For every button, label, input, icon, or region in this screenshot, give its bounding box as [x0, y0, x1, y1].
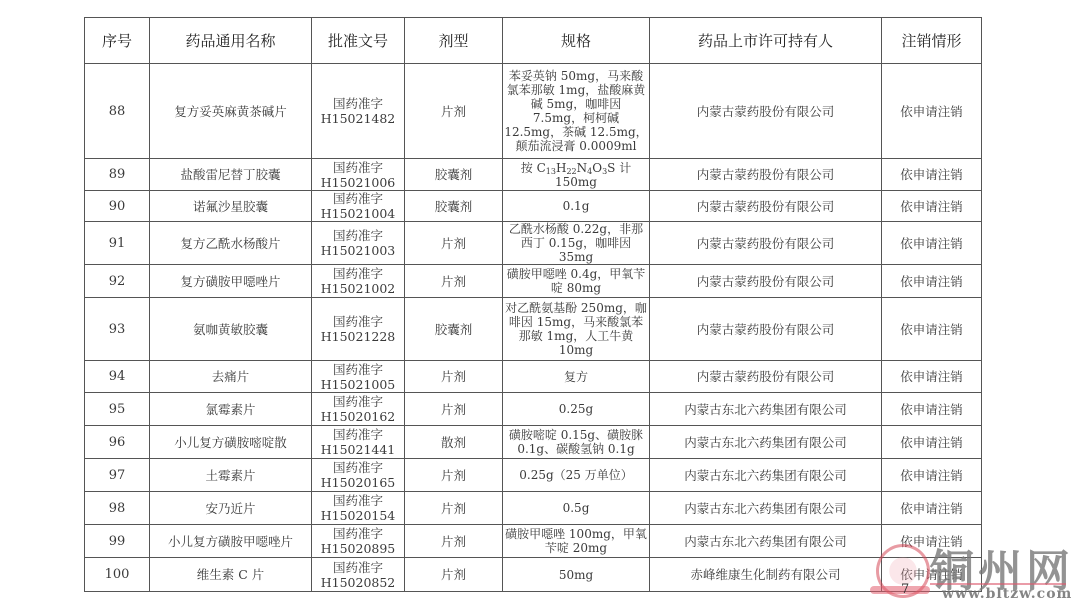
cell-specification: 0.1g: [503, 191, 650, 222]
cell-license-holder: 内蒙古蒙药股份有限公司: [650, 222, 882, 265]
cell-cancellation-status: 依申请注销: [882, 298, 982, 361]
cell-drug-name: 土霉素片: [150, 459, 312, 492]
cell-serial-number: 98: [85, 492, 150, 525]
approval-prefix: 国药准字: [314, 362, 402, 377]
cell-approval-number: 国药准字H15020162: [312, 393, 405, 426]
approval-code: H15021228: [314, 329, 402, 344]
cell-dosage-form: 片剂: [405, 222, 503, 265]
cell-approval-number: 国药准字H15020895: [312, 525, 405, 558]
table-row: 94去痛片国药准字H15021005片剂复方内蒙古蒙药股份有限公司依申请注销: [85, 361, 982, 393]
cell-license-holder: 内蒙古东北六药集团有限公司: [650, 426, 882, 459]
header-specification: 规格: [503, 18, 650, 64]
table-header-row: 序号 药品通用名称 批准文号 剂型 规格 药品上市许可持有人 注销情形: [85, 18, 982, 64]
cell-cancellation-status: 依申请注销: [882, 64, 982, 159]
table-row: 100维生素 C 片国药准字H15020852片剂50mg赤峰维康生化制药有限公…: [85, 558, 982, 592]
watermark-swoosh-icon: [870, 586, 930, 594]
cell-drug-name: 复方妥英麻黄茶碱片: [150, 64, 312, 159]
cell-dosage-form: 片剂: [405, 265, 503, 298]
header-cancellation-status: 注销情形: [882, 18, 982, 64]
watermark-url: www.bltzw.com: [942, 586, 1072, 602]
cell-cancellation-status: 依申请注销: [882, 265, 982, 298]
table-row: 90诺氟沙星胶囊国药准字H15021004胶囊剂0.1g内蒙古蒙药股份有限公司依…: [85, 191, 982, 222]
approval-code: H15021004: [314, 206, 402, 221]
cell-cancellation-status: 依申请注销: [882, 222, 982, 265]
cell-cancellation-status: 依申请注销: [882, 191, 982, 222]
approval-prefix: 国药准字: [314, 460, 402, 475]
spec-formula: 按 C13H22N4O3S 计: [504, 161, 648, 175]
cell-drug-name: 安乃近片: [150, 492, 312, 525]
cell-dosage-form: 胶囊剂: [405, 298, 503, 361]
cell-specification: 50mg: [503, 558, 650, 592]
approval-code: H15021441: [314, 442, 402, 457]
cell-license-holder: 内蒙古蒙药股份有限公司: [650, 159, 882, 191]
cell-drug-name: 氯霉素片: [150, 393, 312, 426]
cell-cancellation-status: 依申请注销: [882, 159, 982, 191]
cell-approval-number: 国药准字H15021006: [312, 159, 405, 191]
approval-code: H15021482: [314, 111, 402, 126]
cell-license-holder: 内蒙古蒙药股份有限公司: [650, 64, 882, 159]
approval-prefix: 国药准字: [314, 160, 402, 175]
page-number: 7: [901, 582, 909, 597]
header-drug-name: 药品通用名称: [150, 18, 312, 64]
cell-serial-number: 97: [85, 459, 150, 492]
cell-approval-number: 国药准字H15020852: [312, 558, 405, 592]
approval-prefix: 国药准字: [314, 228, 402, 243]
approval-code: H15021002: [314, 281, 402, 296]
cell-serial-number: 99: [85, 525, 150, 558]
approval-prefix: 国药准字: [314, 493, 402, 508]
cell-dosage-form: 散剂: [405, 426, 503, 459]
cell-specification: 按 C13H22N4O3S 计150mg: [503, 159, 650, 191]
cell-drug-name: 小儿复方磺胺甲噁唑片: [150, 525, 312, 558]
cell-approval-number: 国药准字H15021003: [312, 222, 405, 265]
approval-code: H15020165: [314, 475, 402, 490]
approval-prefix: 国药准字: [314, 191, 402, 206]
cell-drug-name: 复方磺胺甲噁唑片: [150, 265, 312, 298]
cell-approval-number: 国药准字H15021004: [312, 191, 405, 222]
approval-prefix: 国药准字: [314, 394, 402, 409]
cell-drug-name: 去痛片: [150, 361, 312, 393]
cell-license-holder: 内蒙古蒙药股份有限公司: [650, 191, 882, 222]
cell-serial-number: 95: [85, 393, 150, 426]
table-row: 95氯霉素片国药准字H15020162片剂0.25g内蒙古东北六药集团有限公司依…: [85, 393, 982, 426]
cell-specification: 复方: [503, 361, 650, 393]
spec-amount: 150mg: [504, 175, 648, 189]
cell-specification: 0.25g（25 万单位）: [503, 459, 650, 492]
cell-approval-number: 国药准字H15021441: [312, 426, 405, 459]
approval-prefix: 国药准字: [314, 560, 402, 575]
cell-specification: 0.5g: [503, 492, 650, 525]
cell-approval-number: 国药准字H15020165: [312, 459, 405, 492]
cell-approval-number: 国药准字H15020154: [312, 492, 405, 525]
cell-approval-number: 国药准字H15021002: [312, 265, 405, 298]
table-row: 91复方乙酰水杨酸片国药准字H15021003片剂乙酰水杨酸 0.22g，非那西…: [85, 222, 982, 265]
cell-specification: 苯妥英钠 50mg，马来酸氯苯那敏 1mg，盐酸麻黄碱 5mg，咖啡因 7.5m…: [503, 64, 650, 159]
approval-prefix: 国药准字: [314, 96, 402, 111]
cell-serial-number: 89: [85, 159, 150, 191]
approval-code: H15020895: [314, 541, 402, 556]
cell-serial-number: 88: [85, 64, 150, 159]
cell-approval-number: 国药准字H15021228: [312, 298, 405, 361]
approval-code: H15021005: [314, 377, 402, 392]
cell-license-holder: 内蒙古蒙药股份有限公司: [650, 298, 882, 361]
table-row: 98安乃近片国药准字H15020154片剂0.5g内蒙古东北六药集团有限公司依申…: [85, 492, 982, 525]
cell-specification: 磺胺甲噁唑 0.4g，甲氧苄啶 80mg: [503, 265, 650, 298]
table-row: 96小儿复方磺胺嘧啶散国药准字H15021441散剂磺胺嘧啶 0.15g、磺胺脒…: [85, 426, 982, 459]
approval-code: H15020154: [314, 508, 402, 523]
cell-license-holder: 赤峰维康生化制药有限公司: [650, 558, 882, 592]
cell-serial-number: 93: [85, 298, 150, 361]
cell-cancellation-status: 依申请注销: [882, 393, 982, 426]
cell-drug-name: 复方乙酰水杨酸片: [150, 222, 312, 265]
approval-code: H15021003: [314, 243, 402, 258]
cell-serial-number: 92: [85, 265, 150, 298]
cell-dosage-form: 片剂: [405, 492, 503, 525]
cell-dosage-form: 片剂: [405, 558, 503, 592]
header-serial-number: 序号: [85, 18, 150, 64]
cell-serial-number: 100: [85, 558, 150, 592]
watermark-divider: [930, 583, 1066, 585]
drug-cancellation-table: 序号 药品通用名称 批准文号 剂型 规格 药品上市许可持有人 注销情形 88复方…: [84, 17, 982, 592]
cell-serial-number: 91: [85, 222, 150, 265]
cell-cancellation-status: 依申请注销: [882, 459, 982, 492]
cell-dosage-form: 片剂: [405, 525, 503, 558]
cell-dosage-form: 片剂: [405, 393, 503, 426]
approval-code: H15021006: [314, 175, 402, 190]
cell-drug-name: 盐酸雷尼替丁胶囊: [150, 159, 312, 191]
cell-approval-number: 国药准字H15021482: [312, 64, 405, 159]
cell-dosage-form: 片剂: [405, 361, 503, 393]
cell-approval-number: 国药准字H15021005: [312, 361, 405, 393]
cell-specification: 磺胺嘧啶 0.15g、磺胺脒 0.1g、碳酸氢钠 0.1g: [503, 426, 650, 459]
cell-serial-number: 90: [85, 191, 150, 222]
table-row: 88复方妥英麻黄茶碱片国药准字H15021482片剂苯妥英钠 50mg，马来酸氯…: [85, 64, 982, 159]
cell-dosage-form: 片剂: [405, 64, 503, 159]
approval-code: H15020162: [314, 409, 402, 424]
table-row: 97土霉素片国药准字H15020165片剂0.25g（25 万单位）内蒙古东北六…: [85, 459, 982, 492]
approval-prefix: 国药准字: [314, 266, 402, 281]
cell-drug-name: 氨咖黄敏胶囊: [150, 298, 312, 361]
cell-serial-number: 96: [85, 426, 150, 459]
cell-license-holder: 内蒙古东北六药集团有限公司: [650, 393, 882, 426]
cell-license-holder: 内蒙古蒙药股份有限公司: [650, 361, 882, 393]
cell-specification: 乙酰水杨酸 0.22g，非那西丁 0.15g，咖啡因 35mg: [503, 222, 650, 265]
table-row: 93氨咖黄敏胶囊国药准字H15021228胶囊剂对乙酰氨基酚 250mg，咖啡因…: [85, 298, 982, 361]
header-approval-number: 批准文号: [312, 18, 405, 64]
header-dosage-form: 剂型: [405, 18, 503, 64]
table-row: 99小儿复方磺胺甲噁唑片国药准字H15020895片剂磺胺甲噁唑 100mg，甲…: [85, 525, 982, 558]
approval-prefix: 国药准字: [314, 427, 402, 442]
cell-license-holder: 内蒙古东北六药集团有限公司: [650, 459, 882, 492]
table-row: 89盐酸雷尼替丁胶囊国药准字H15021006胶囊剂按 C13H22N4O3S …: [85, 159, 982, 191]
cell-dosage-form: 胶囊剂: [405, 191, 503, 222]
cell-specification: 磺胺甲噁唑 100mg，甲氧苄啶 20mg: [503, 525, 650, 558]
cell-license-holder: 内蒙古东北六药集团有限公司: [650, 525, 882, 558]
header-license-holder: 药品上市许可持有人: [650, 18, 882, 64]
cell-serial-number: 94: [85, 361, 150, 393]
approval-code: H15020852: [314, 575, 402, 590]
cell-drug-name: 诺氟沙星胶囊: [150, 191, 312, 222]
cell-license-holder: 内蒙古蒙药股份有限公司: [650, 265, 882, 298]
cell-cancellation-status: 依申请注销: [882, 426, 982, 459]
cell-license-holder: 内蒙古东北六药集团有限公司: [650, 492, 882, 525]
cell-cancellation-status: 依申请注销: [882, 492, 982, 525]
cell-specification: 对乙酰氨基酚 250mg，咖啡因 15mg，马来酸氯苯那敏 1mg，人工牛黄 1…: [503, 298, 650, 361]
cell-dosage-form: 胶囊剂: [405, 159, 503, 191]
approval-prefix: 国药准字: [314, 526, 402, 541]
cell-specification: 0.25g: [503, 393, 650, 426]
approval-prefix: 国药准字: [314, 314, 402, 329]
table-row: 92复方磺胺甲噁唑片国药准字H15021002片剂磺胺甲噁唑 0.4g，甲氧苄啶…: [85, 265, 982, 298]
cell-cancellation-status: 依申请注销: [882, 361, 982, 393]
cell-drug-name: 小儿复方磺胺嘧啶散: [150, 426, 312, 459]
cell-drug-name: 维生素 C 片: [150, 558, 312, 592]
cell-dosage-form: 片剂: [405, 459, 503, 492]
